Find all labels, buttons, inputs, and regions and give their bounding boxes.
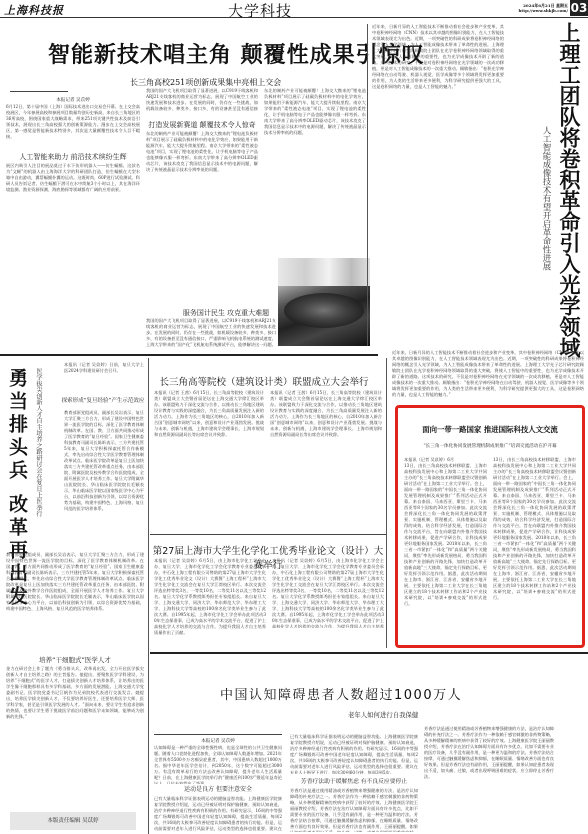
medical-subhead-2: 培养“干细胞式”医学人才 bbox=[6, 655, 144, 664]
dementia-section-1-text: 已有大量临床科学证据表明运动的健脑益智功能。上海健康医学院康复学院教授介绍说，运… bbox=[154, 796, 282, 832]
lead-headline: 智能新技术唱主角 颠覆性成果引惊叹 bbox=[48, 38, 425, 69]
newspaper-logo: 上海科技报 bbox=[4, 2, 64, 18]
section-divider bbox=[0, 354, 378, 356]
byline-rule bbox=[10, 91, 68, 92]
photo-water bbox=[284, 293, 365, 328]
medical-section-2-text: 金力在研讨会上作了题为《勇当排头兵，改革再出发，全力开启医学拔尖创新人才自主培养… bbox=[6, 666, 144, 808]
highlighted-article-box[interactable]: 面向一带一路国家 推进国际科技人文交流 “长三角一体化协同发展管理机制成果推广”… bbox=[395, 405, 585, 648]
lead-subhead-1: 人工智能来助力 前沿技术缤纷生辉 bbox=[6, 152, 140, 162]
dementia-subhead-1: 运动是良方 但要注意安全 bbox=[154, 784, 282, 793]
lead-subhead-2: 打造发展新赛道 颠覆技术令人惊奇 bbox=[146, 120, 258, 130]
dementia-byline-rule bbox=[154, 734, 282, 735]
side-story-subheadline: 人工智能成像技术有望开启革命性进展 bbox=[540, 126, 552, 271]
dementia-col2-text: 已有大量临床科学证据表明运动的健脑益智功能。上海健康医学院康复学院教授介绍说，运… bbox=[290, 734, 418, 774]
medical-byline: 本报讯（记者 吴苡婷）日前，复旦大学上医2024学科建设研讨会召开。 bbox=[64, 362, 144, 394]
red-box-col1: 本报讯（记者 吴苡婷）6月 13日，由长三角高校技术转移联盟、上海市高校科技发展… bbox=[404, 457, 487, 643]
chemistry-text-col1: 本报讯（记者 吴苡婷）6月5日，由上海市化学化工学会主办、复旦大学、上海市化学化… bbox=[154, 558, 266, 650]
medical-subheadline: 医学拔尖创新人才自主培养之路研讨会在复旦上医举行 bbox=[34, 368, 43, 517]
red-box-columns: 本报讯（记者 吴苡婷）6月 13日，由长三角高校技术转移联盟、上海市高校科技发展… bbox=[398, 457, 582, 643]
page-number: 03 bbox=[570, 0, 588, 16]
photo-tank-frame bbox=[278, 258, 370, 286]
issue-date: 2024年6月21日 星期五 http://www.shkjb.com/ bbox=[504, 3, 568, 13]
lead-subheadline: 长三角高校251项创新成果集中亮相上交会 bbox=[130, 77, 281, 88]
lead-section-1-text: 展区内吸引人注目的展品莫过于水下仿形机器人——仿生蝠鲼。这款名为“文鳐”的机器人… bbox=[6, 163, 140, 343]
chemistry-top-rule bbox=[150, 534, 386, 535]
architecture-text-col2: 本报讯（记者 王茜）6月15日，长三角高等院校（建筑设计类）联盟成立大会暨首届论… bbox=[270, 390, 382, 532]
website-url[interactable]: http://www.shkjb.com/ bbox=[504, 8, 568, 13]
dementia-headline: 中国认知障碍患者人数超过1000万人 bbox=[220, 684, 462, 703]
medical-section-1-cont: 教育部原党组成员、副部长吴岩表示，复旦大学汇聚三方合力，形成了建设中国特色世界一… bbox=[6, 552, 144, 652]
masthead-divider bbox=[0, 17, 588, 18]
dementia-section-2-text: 芳香疗法是通过使用精油或芳香植物来增强健康的方法，是治疗认知障碍的补充疗法之一。… bbox=[290, 788, 418, 832]
red-box-col2: 13日，由长三角高校技术转移联盟、上海市高校科技发展中心和上海第二工业大学共同主… bbox=[493, 457, 576, 643]
side-story-text-cont: 近年来，日新月异的人工智能技术不断推动着社会进步和产业变革，其中卷积神经网络（C… bbox=[392, 350, 584, 400]
side-story-headline: 上理工团队将卷积革命引入光学领域 bbox=[558, 22, 581, 358]
mid-column-divider bbox=[386, 358, 387, 648]
lead-section-3-text: 我国的国产大飞机项目取得了显著进展，以C919干线客机和ARJ21支线客机的商业… bbox=[146, 318, 276, 348]
dementia-byline: 本报记者 吴苡婷 bbox=[154, 738, 282, 744]
red-box-text-col2: 13日，由长三角高校技术转移联盟、上海市高校科技发展中心和上海第二工业大学共同主… bbox=[493, 457, 576, 643]
side-story-text: 近年来，日新月异的人工智能技术不断推动着社会进步和产业变革，其中卷积神经网络（C… bbox=[372, 24, 504, 340]
dementia-subhead-2: 芳香疗法助于缓解焦虑 有不良反应要停止 bbox=[290, 776, 418, 785]
editor-credit: 本版责任编辑 吴苡婷 bbox=[10, 812, 136, 830]
red-box-text-col1: 13日，由长三角高校技术转移联盟、上海市高校科技发展中心和上海第二工业大学共同主… bbox=[404, 463, 487, 643]
lead-intro: 6月12日，第十届中国（上海）国际技术进出口交易会开幕。在上交会高校展区，今年参… bbox=[6, 104, 140, 150]
lead-col3-text: 东北的制药产业可能被颠覆！上海交大携来的“锂电池负极材料”项目展示了硅碳负极材料… bbox=[264, 88, 366, 248]
lead-col2-top-text: 我国的国产大飞机项目取得了显著进展，以C919干线客机和ARJ21支线客机的商业… bbox=[146, 88, 258, 112]
column-divider bbox=[367, 24, 368, 346]
chemistry-text-col2: 本报讯（记者 吴苡婷）6月5日，由上海市化学化工学会主办、复旦大学、上海市化学化… bbox=[272, 558, 384, 628]
lead-photo bbox=[278, 258, 370, 346]
dementia-subheadline: 老年人如何进行自我保健 bbox=[348, 710, 418, 719]
medical-section-1-text: 教育部原党组成员、副部长吴岩表示，复旦大学汇聚三方合力，形成了建设中国特色世界一… bbox=[64, 410, 144, 550]
lead-byline: 本报记者 吴苡婷 bbox=[6, 97, 140, 103]
red-box-headline: 面向一带一路国家 推进国际科技人文交流 bbox=[398, 424, 582, 435]
lead-subhead-3: 服务国计民生 攻克重大难题 bbox=[170, 308, 282, 318]
left-column-divider bbox=[148, 358, 149, 834]
architecture-text-col1: 本报讯（记者 王茜）6月15日，长三角高等院校（建筑设计类）联盟成立大会暨首届论… bbox=[154, 390, 264, 532]
bottom-section-divider bbox=[150, 652, 588, 654]
red-box-subheadline: “长三角一体化协同发展管理机制成果推广”培训交流活动在沪开幕 bbox=[398, 443, 582, 449]
lead-section-2-text: 东北的制药产业可能被颠覆！上海交大携来的“锂电池负极材料”项目展示了硅碳负极材料… bbox=[146, 131, 258, 261]
dementia-col3-text: 芳香疗法是通过使用精油或芳香植物来增强健康的方法，是治疗认知障碍的补充疗法之一。… bbox=[424, 726, 554, 832]
medical-subhead-1: 探索形成“复旦经验”产生示范效应 bbox=[60, 396, 146, 404]
architecture-headline: 长三角高等院校（建筑设计类）联盟成立大会举行 bbox=[150, 374, 378, 388]
